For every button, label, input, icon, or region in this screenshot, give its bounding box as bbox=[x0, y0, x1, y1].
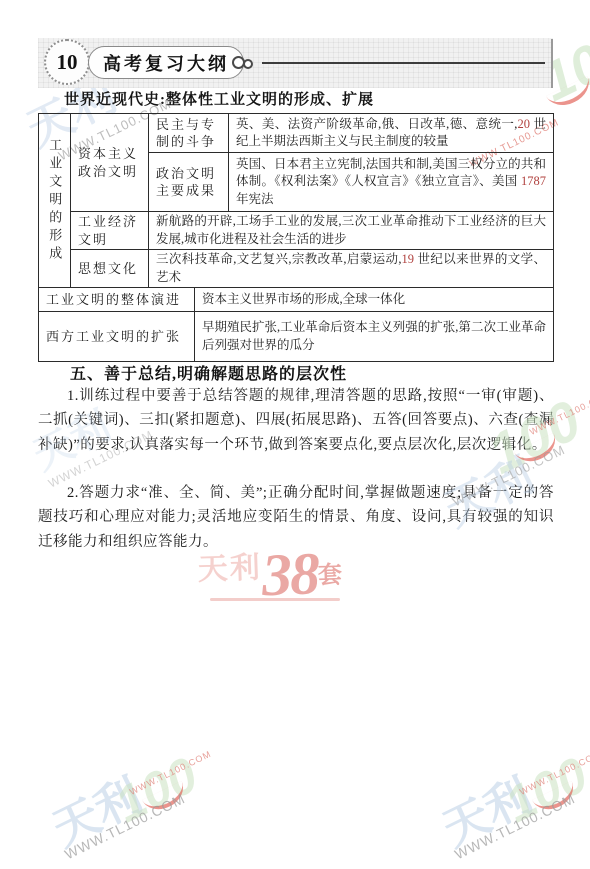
tl100-watermark-number: 100 bbox=[106, 745, 206, 834]
tl100-url-watermark: WWW.TL100.COM bbox=[62, 790, 188, 862]
outline-table-bottom: 工业文明的整体演进 资本主义世界市场的形成,全球一体化 西方工业文明的扩张 早期… bbox=[38, 287, 554, 362]
table-row: 西方工业文明的扩张 早期殖民扩张,工业革命后资本主义列强的扩张,第二次工业革命后… bbox=[39, 312, 554, 362]
tl100-url-watermark: WWW.TL100.COM bbox=[452, 790, 578, 862]
scanned-book-page: 天利 WWW.TL100.COM 100 WWW.TL100.COM 10 高考… bbox=[0, 0, 590, 869]
tl100-watermark-brand: 天利 bbox=[430, 760, 542, 860]
row-subgroup-header: 资本主义政治文明 bbox=[71, 114, 149, 212]
smile-arc bbox=[532, 781, 579, 816]
row-label: 工业文明的整体演进 bbox=[39, 288, 195, 312]
row-content: 英、美、法资产阶级革命,俄、日改革,德、意统一,20 世纪上半期法西斯主义与民主… bbox=[229, 114, 554, 153]
tl38-logo-prefix: 天利 bbox=[197, 551, 262, 586]
row-label: 政治文明主要成果 bbox=[149, 153, 229, 212]
tl38-logo-suffix: 套 bbox=[318, 562, 343, 589]
outline-table-top: 工业文明的形成 资本主义政治文明 民主与专制的斗争 英、美、法资产阶级革命,俄、… bbox=[38, 113, 554, 288]
paragraph: 1.训练过程中要善于总结答题的规律,理清答题的思路,按照“一审(审题)、二抓(关… bbox=[38, 384, 554, 457]
table-row: 工业经济文明 新航路的开辟,工场手工业的发展,三次工业革命推动下工业经济的巨大发… bbox=[39, 212, 554, 250]
chain-circle-icon bbox=[243, 59, 253, 69]
row-content: 三次科技革命,文艺复兴,宗教改革,启蒙运动,19 世纪以来世界的文学、艺术 bbox=[149, 250, 554, 288]
tl100-url-watermark: WWW.TL100.COM bbox=[518, 749, 590, 797]
table-caption: 世界近现代史:整体性工业文明的形成、扩展 bbox=[64, 88, 374, 109]
tl38-logo-underline bbox=[210, 598, 340, 601]
row-group-header: 工业文明的形成 bbox=[39, 114, 71, 288]
row-content: 资本主义世界市场的形成,全球一体化 bbox=[195, 288, 554, 312]
page-number-badge: 10 bbox=[44, 39, 90, 85]
row-content: 新航路的开辟,工场手工业的发展,三次工业革命推动下工业经济的巨大发展,城市化进程… bbox=[149, 212, 554, 250]
header-rule-line bbox=[262, 62, 545, 64]
page-title: 高考复习大纲 bbox=[88, 46, 244, 79]
row-content: 早期殖民扩张,工业革命后资本主义列强的扩张,第二次工业革命后列强对世界的瓜分 bbox=[195, 312, 554, 362]
row-label: 工业经济文明 bbox=[71, 212, 149, 250]
table-row: 工业文明的整体演进 资本主义世界市场的形成,全球一体化 bbox=[39, 288, 554, 312]
paragraph: 2.答题力求“准、全、简、美”;正确分配时间,掌握做题速度;具备一定的答题技巧和… bbox=[38, 481, 554, 554]
row-content: 英国、日本君主立宪制,法国共和制,美国三权分立的共和体制。《权利法案》《人权宣言… bbox=[229, 153, 554, 212]
row-label: 西方工业文明的扩张 bbox=[39, 312, 195, 362]
table-row: 工业文明的形成 资本主义政治文明 民主与专制的斗争 英、美、法资产阶级革命,俄、… bbox=[39, 114, 554, 153]
tl100-watermark-brand: 天利 bbox=[40, 760, 152, 860]
review-outline-table: 工业文明的形成 资本主义政治文明 民主与专制的斗争 英、美、法资产阶级革命,俄、… bbox=[38, 113, 553, 362]
row-label: 民主与专制的斗争 bbox=[149, 114, 229, 153]
tl100-watermark-number: 100 bbox=[496, 745, 590, 834]
table-row: 思想文化 三次科技革命,文艺复兴,宗教改革,启蒙运动,19 世纪以来世界的文学、… bbox=[39, 250, 554, 288]
banner-edge-tick bbox=[551, 39, 553, 88]
smile-arc bbox=[142, 781, 189, 816]
section-heading: 五、善于总结,明确解题思路的层次性 bbox=[70, 361, 347, 384]
tl100-url-watermark: WWW.TL100.COM bbox=[128, 749, 213, 797]
row-label: 思想文化 bbox=[71, 250, 149, 288]
